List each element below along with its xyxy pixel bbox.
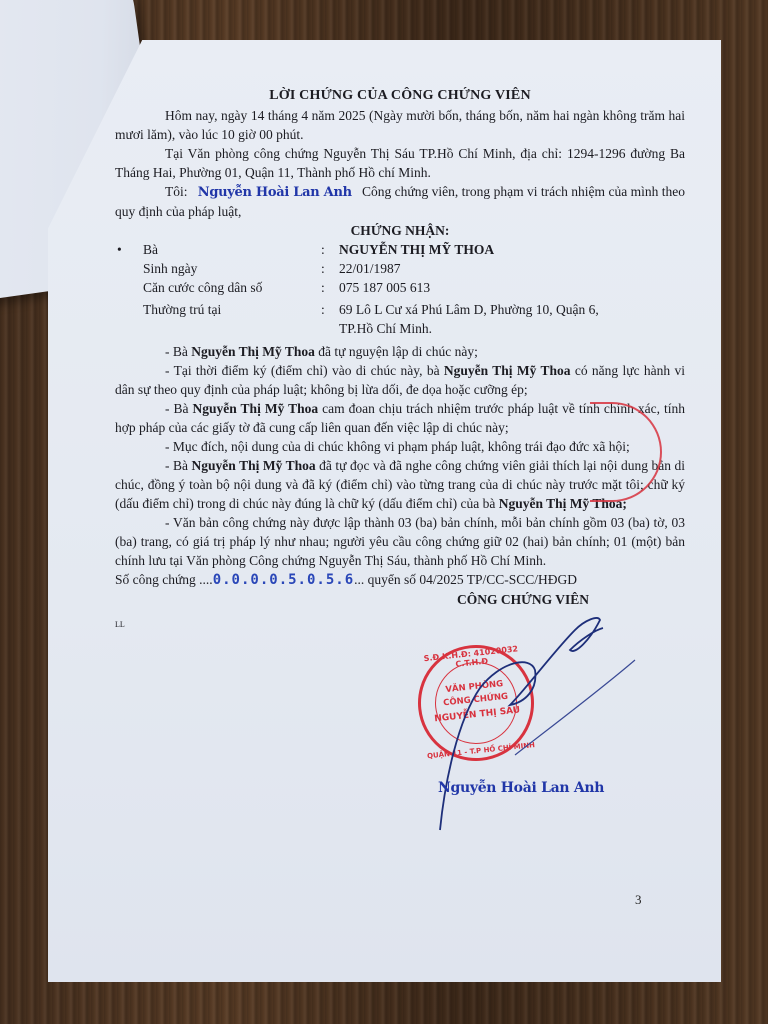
signature-icon <box>0 0 768 1024</box>
signer-name: Nguyễn Hoài Lan Anh <box>438 780 604 796</box>
page-number: 3 <box>635 892 642 908</box>
